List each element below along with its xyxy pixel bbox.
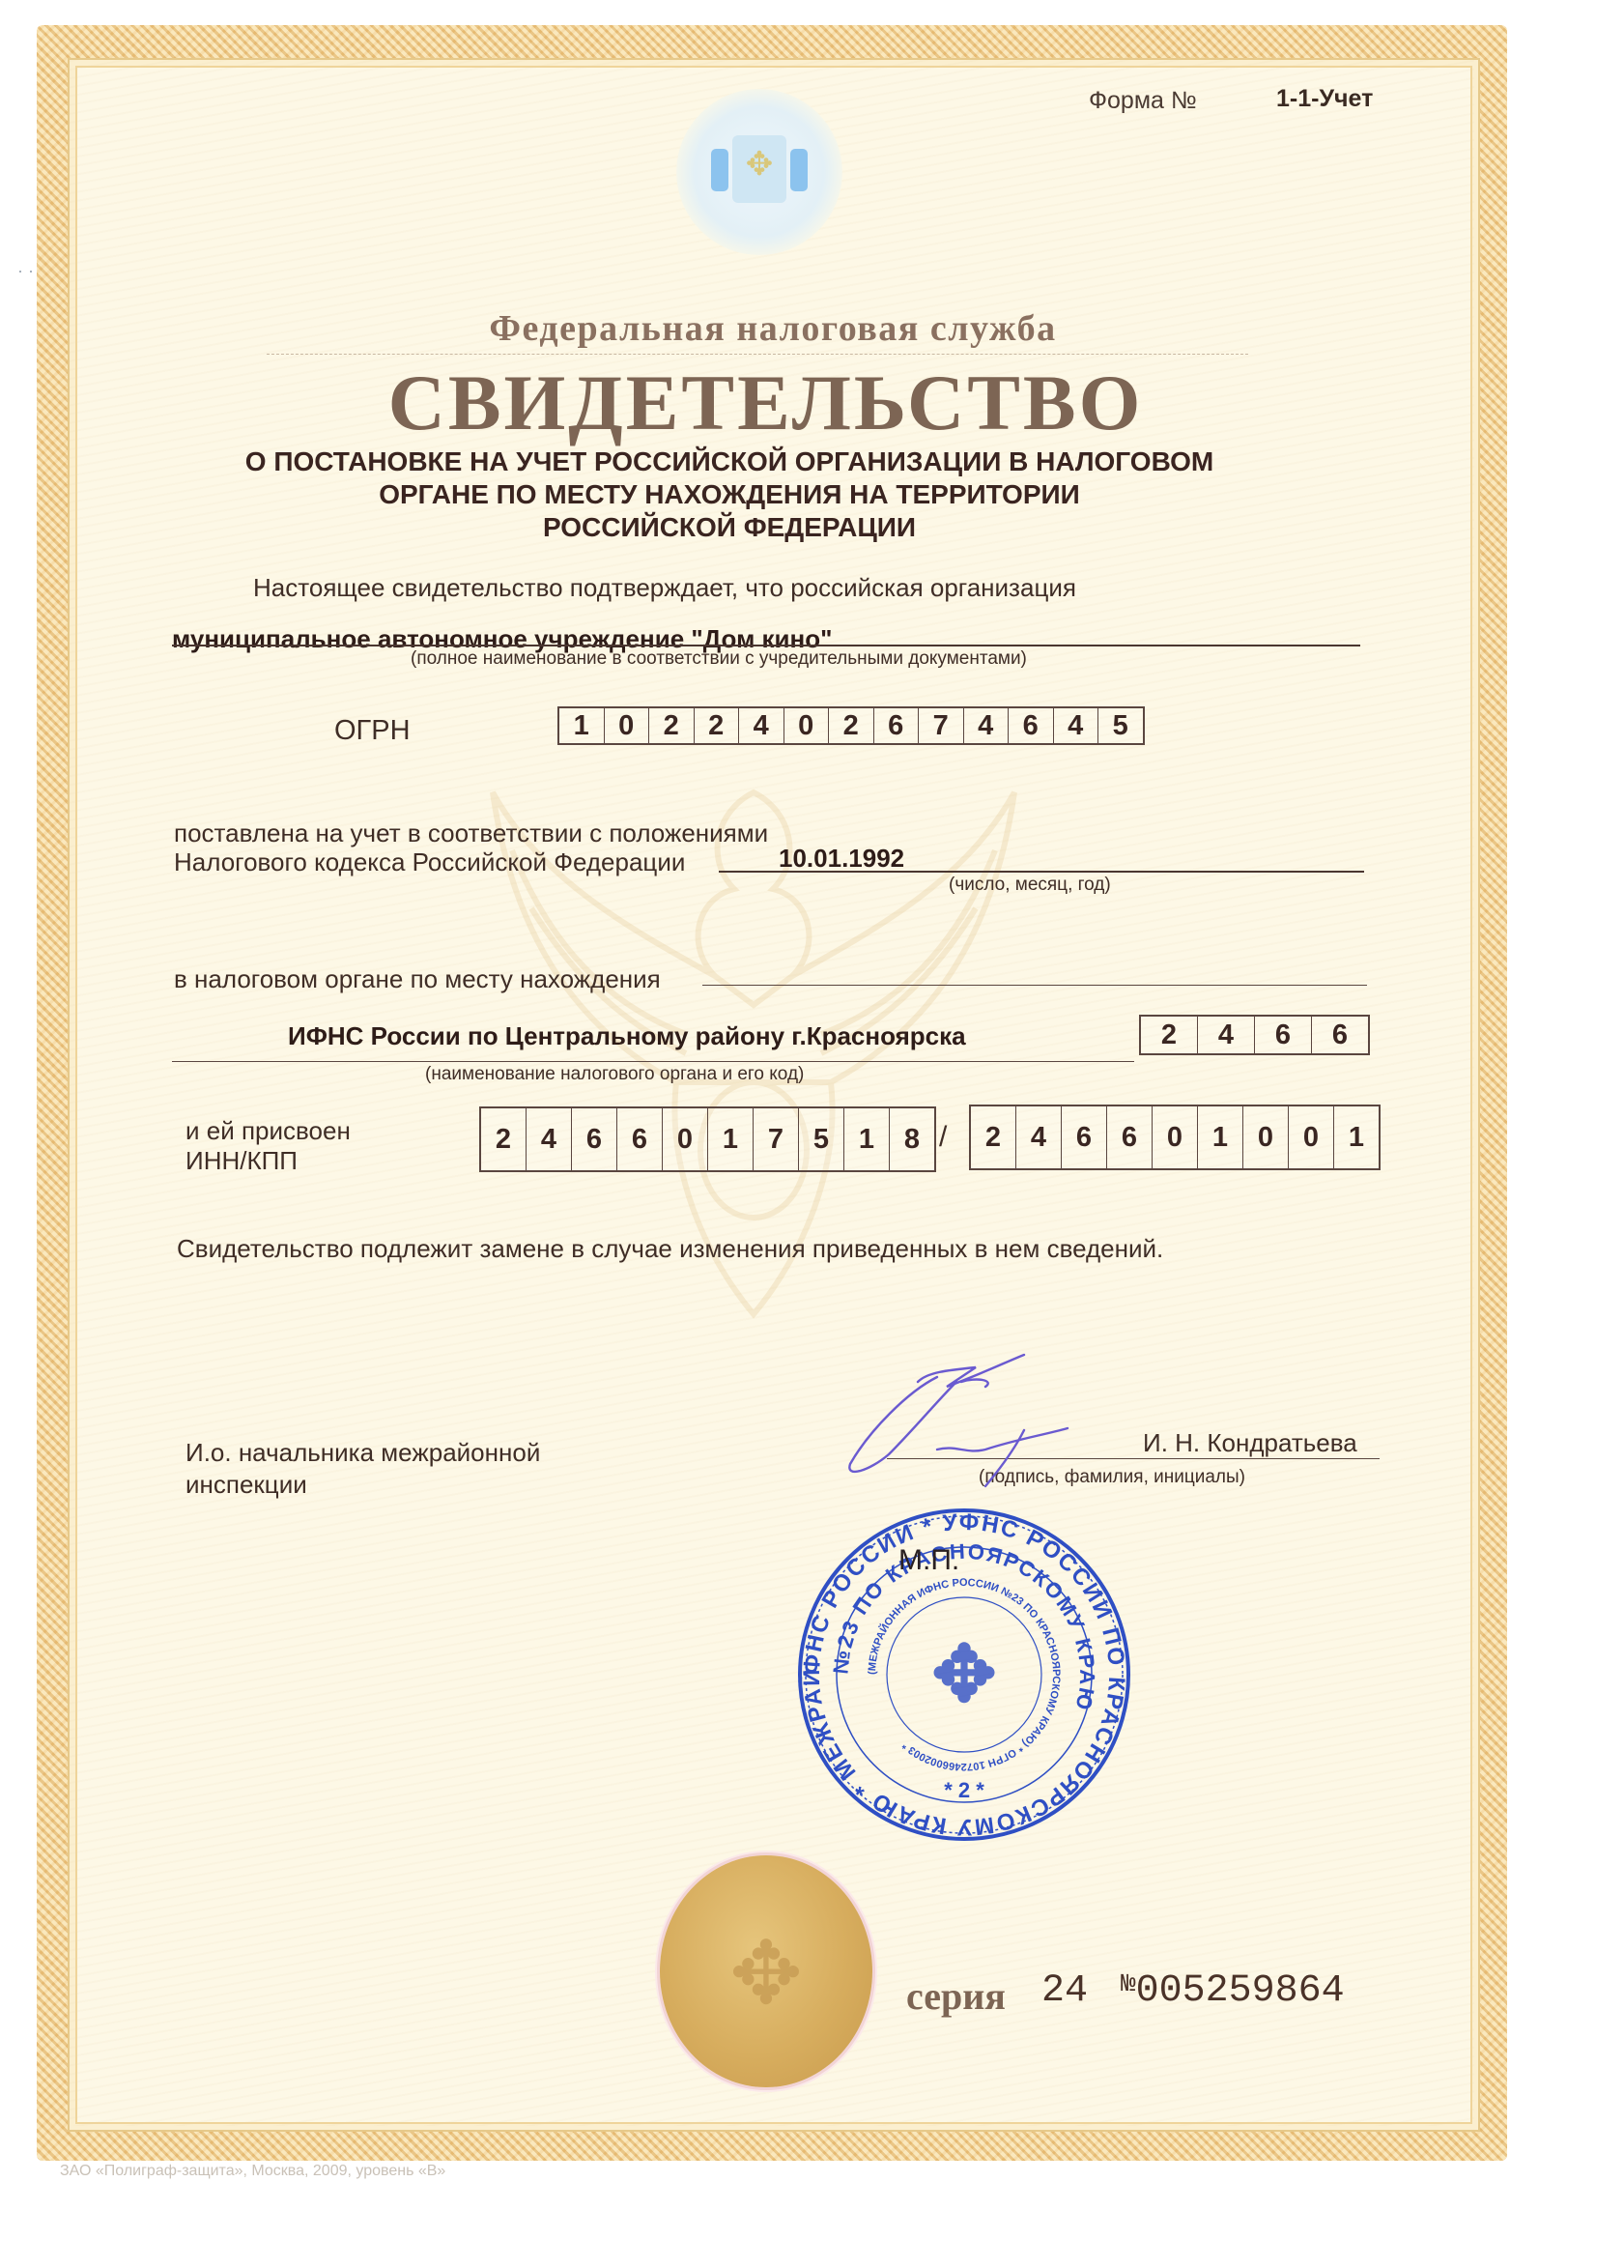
ogrn-label: ОГРН bbox=[334, 715, 411, 747]
signatory-position-line-2: инспекции bbox=[185, 1470, 307, 1500]
organization-caption: (полное наименование в соответствии с уч… bbox=[411, 648, 1027, 670]
signature-icon bbox=[831, 1343, 1130, 1488]
form-number-label: Форма № bbox=[1089, 87, 1197, 115]
tax-code-digit: 4 bbox=[1198, 1017, 1255, 1053]
agency-divider bbox=[267, 354, 1248, 355]
kpp-digit-boxes: 246601001 bbox=[969, 1105, 1381, 1170]
ogrn-digit: 1 bbox=[559, 708, 605, 743]
ogrn-digit-boxes: 1022402674645 bbox=[557, 706, 1145, 745]
ogrn-digit: 5 bbox=[1098, 708, 1143, 743]
tax-authority-intro: в налоговом органе по месту нахождения bbox=[174, 964, 661, 994]
svg-text:✥: ✥ bbox=[931, 1631, 996, 1717]
kpp-digit: 0 bbox=[1153, 1106, 1198, 1168]
registration-line-2: Налогового кодекса Российской Федерации bbox=[174, 847, 685, 877]
registration-date-underline bbox=[719, 871, 1364, 873]
agency-name: Федеральная налоговая служба bbox=[0, 307, 1546, 350]
ogrn-digit: 6 bbox=[874, 708, 920, 743]
svg-text:* 2 *: * 2 * bbox=[944, 1778, 984, 1802]
registration-date-caption: (число, месяц, год) bbox=[949, 875, 1111, 896]
kpp-digit: 6 bbox=[1062, 1106, 1107, 1168]
organization-underline bbox=[172, 645, 1360, 646]
tax-authority-underline bbox=[172, 1061, 1134, 1062]
inn-kpp-label-line-1: и ей присвоен bbox=[185, 1116, 351, 1146]
inn-digit: 5 bbox=[799, 1108, 844, 1170]
ogrn-digit: 2 bbox=[649, 708, 695, 743]
kpp-digit: 0 bbox=[1289, 1106, 1334, 1168]
kpp-digit: 6 bbox=[1107, 1106, 1153, 1168]
mp-label: М.П. bbox=[898, 1544, 959, 1577]
tax-code-digit: 6 bbox=[1255, 1017, 1312, 1053]
ogrn-digit: 2 bbox=[829, 708, 874, 743]
ogrn-digit: 0 bbox=[784, 708, 830, 743]
organization-intro: Настоящее свидетельство подтверждает, чт… bbox=[253, 573, 1076, 603]
ogrn-digit: 4 bbox=[964, 708, 1010, 743]
inn-digit: 4 bbox=[527, 1108, 572, 1170]
kpp-digit: 0 bbox=[1243, 1106, 1289, 1168]
series-label: серия bbox=[906, 1973, 1006, 2019]
subtitle-line-1: О ПОСТАНОВКЕ НА УЧЕТ РОССИЙСКОЙ ОРГАНИЗА… bbox=[0, 446, 1459, 477]
ogrn-digit: 2 bbox=[695, 708, 740, 743]
inn-digit: 7 bbox=[754, 1108, 799, 1170]
subtitle-line-3: РОССИЙСКОЙ ФЕДЕРАЦИИ bbox=[0, 512, 1459, 543]
inn-digit-boxes: 2466017518 bbox=[479, 1106, 936, 1172]
inn-kpp-separator: / bbox=[939, 1121, 947, 1154]
ogrn-digit: 4 bbox=[739, 708, 784, 743]
kpp-digit: 2 bbox=[971, 1106, 1016, 1168]
tax-authority-intro-underline bbox=[702, 985, 1367, 986]
ogrn-digit: 4 bbox=[1054, 708, 1099, 743]
signatory-name: И. Н. Кондратьева bbox=[1143, 1428, 1357, 1458]
inn-digit: 0 bbox=[663, 1108, 708, 1170]
inn-digit: 2 bbox=[481, 1108, 527, 1170]
kpp-digit: 1 bbox=[1198, 1106, 1243, 1168]
form-number-value: 1-1-Учет bbox=[1276, 85, 1373, 113]
inn-kpp-label-line-2: ИНН/КПП bbox=[185, 1146, 298, 1176]
subtitle-line-2: ОРГАНЕ ПО МЕСТУ НАХОЖДЕНИЯ НА ТЕРРИТОРИИ bbox=[0, 479, 1459, 510]
signatory-position-line-1: И.о. начальника межрайонной bbox=[185, 1438, 540, 1468]
scan-speck: · · bbox=[17, 261, 34, 281]
series-value: 24 bbox=[1041, 1969, 1088, 2013]
inn-digit: 1 bbox=[844, 1108, 890, 1170]
certificate-title: СВИДЕТЕЛЬСТВО bbox=[0, 358, 1531, 448]
tax-code-digit: 2 bbox=[1141, 1017, 1198, 1053]
tax-authority-code-boxes: 2466 bbox=[1139, 1015, 1370, 1055]
tax-code-digit: 6 bbox=[1312, 1017, 1368, 1053]
inn-digit: 6 bbox=[572, 1108, 617, 1170]
gold-embossed-seal-icon: ✥ bbox=[660, 1855, 872, 2087]
certificate-number: №005259864 bbox=[1121, 1969, 1345, 2013]
registration-line-1: поставлена на учет в соответствии с поло… bbox=[174, 818, 768, 848]
ogrn-digit: 0 bbox=[605, 708, 650, 743]
ogrn-digit: 7 bbox=[919, 708, 964, 743]
kpp-digit: 1 bbox=[1334, 1106, 1379, 1168]
kpp-digit: 4 bbox=[1016, 1106, 1062, 1168]
tax-authority-name: ИФНС России по Центральному району г.Кра… bbox=[288, 1021, 966, 1051]
fns-emblem-icon: ✥ bbox=[676, 89, 842, 255]
inn-digit: 6 bbox=[617, 1108, 663, 1170]
ogrn-digit: 6 bbox=[1009, 708, 1054, 743]
inn-digit: 1 bbox=[708, 1108, 754, 1170]
tax-authority-caption: (наименование налогового органа и его ко… bbox=[425, 1064, 804, 1085]
replacement-notice: Свидетельство подлежит замене в случае и… bbox=[177, 1234, 1163, 1264]
registration-date: 10.01.1992 bbox=[779, 844, 904, 874]
printer-note: ЗАО «Полиграф-защита», Москва, 2009, уро… bbox=[60, 2163, 445, 2180]
inn-digit: 8 bbox=[890, 1108, 934, 1170]
official-stamp-icon: ФНС РОССИИ * УФНС РОССИИ ПО КРАСНОЯРСКОМ… bbox=[797, 1507, 1131, 1842]
